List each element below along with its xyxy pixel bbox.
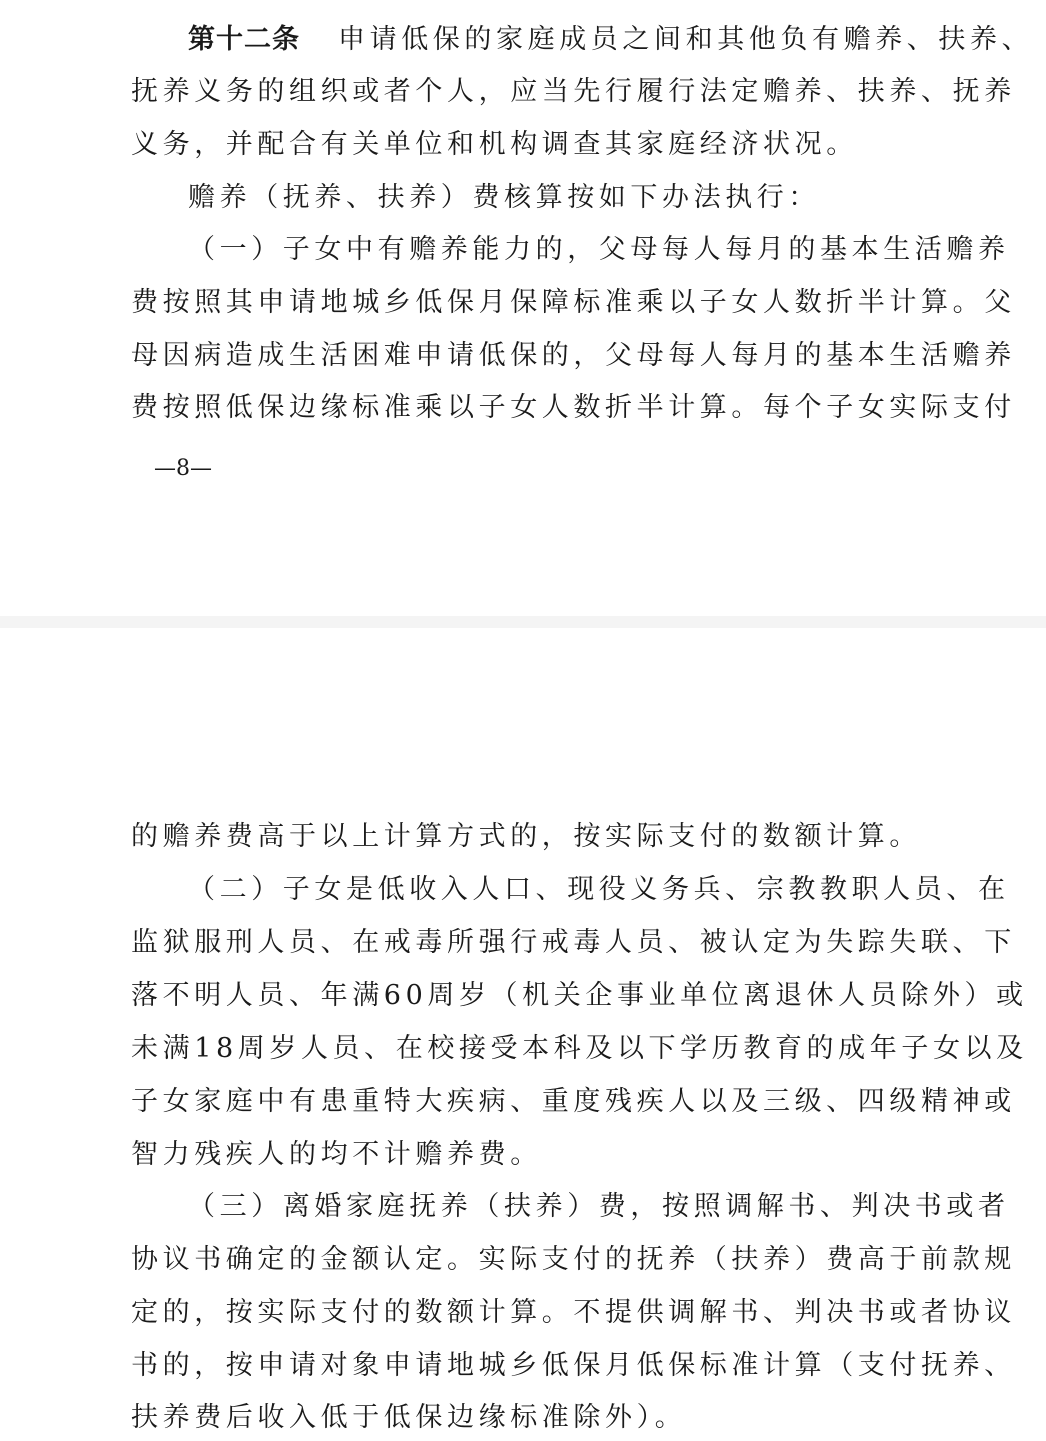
text-line: 协议书确定的金额认定。实际支付的抚养（扶养）费高于前款规 bbox=[131, 1244, 951, 1276]
document-page-9: 的赡养费高于以上计算方式的，按实际支付的数额计算。 （二）子女是低收入人口、现役… bbox=[0, 628, 1046, 1441]
text-line: （一）子女中有赡养能力的，父母每人每月的基本生活赡养 bbox=[188, 234, 951, 266]
text-line: 监狱服刑人员、在戒毒所强行戒毒人员、被认定为失踪失联、下 bbox=[131, 927, 951, 959]
text-line: 费按照其申请地城乡低保月保障标准乘以子女人数折半计算。父 bbox=[131, 287, 951, 319]
page-number: —8— bbox=[154, 456, 212, 482]
text-line: 费按照低保边缘标准乘以子女人数折半计算。每个子女实际支付 bbox=[131, 392, 951, 424]
text-line: 书的，按申请对象申请地城乡低保月低保标准计算（支付抚养、 bbox=[131, 1350, 951, 1382]
document-page-8: 第十二条申请低保的家庭成员之间和其他负有赡养、扶养、 抚养义务的组织或者个人，应… bbox=[0, 0, 1046, 616]
text-line: 母因病造成生活困难申请低保的，父母每人每月的基本生活赡养 bbox=[131, 340, 951, 372]
page-separator bbox=[0, 616, 1046, 628]
text-line: 义务，并配合有关单位和机构调查其家庭经济状况。 bbox=[131, 129, 951, 161]
article-12-first-line: 第十二条申请低保的家庭成员之间和其他负有赡养、扶养、 bbox=[188, 24, 951, 56]
text-line: 赡养（抚养、扶养）费核算按如下办法执行： bbox=[188, 182, 951, 214]
text-line: 智力残疾人的均不计赡养费。 bbox=[131, 1139, 951, 1171]
text-line: 的赡养费高于以上计算方式的，按实际支付的数额计算。 bbox=[131, 821, 951, 853]
article-title: 第十二条 bbox=[188, 24, 300, 55]
text-line: 抚养义务的组织或者个人，应当先行履行法定赡养、扶养、抚养 bbox=[131, 76, 951, 108]
text-line: 落不明人员、年满60周岁（机关企事业单位离退休人员除外）或 bbox=[131, 980, 951, 1012]
text-line: 子女家庭中有患重特大疾病、重度残疾人以及三级、四级精神或 bbox=[131, 1086, 951, 1118]
text-line: （二）子女是低收入人口、现役义务兵、宗教教职人员、在 bbox=[188, 874, 951, 906]
text-line: 扶养费后收入低于低保边缘标准除外）。 bbox=[131, 1402, 951, 1434]
text-line: 未满18周岁人员、在校接受本科及以下学历教育的成年子女以及 bbox=[131, 1033, 951, 1065]
text-line: 定的，按实际支付的数额计算。不提供调解书、判决书或者协议 bbox=[131, 1297, 951, 1329]
text-line: （三）离婚家庭抚养（扶养）费，按照调解书、判决书或者 bbox=[188, 1191, 951, 1223]
